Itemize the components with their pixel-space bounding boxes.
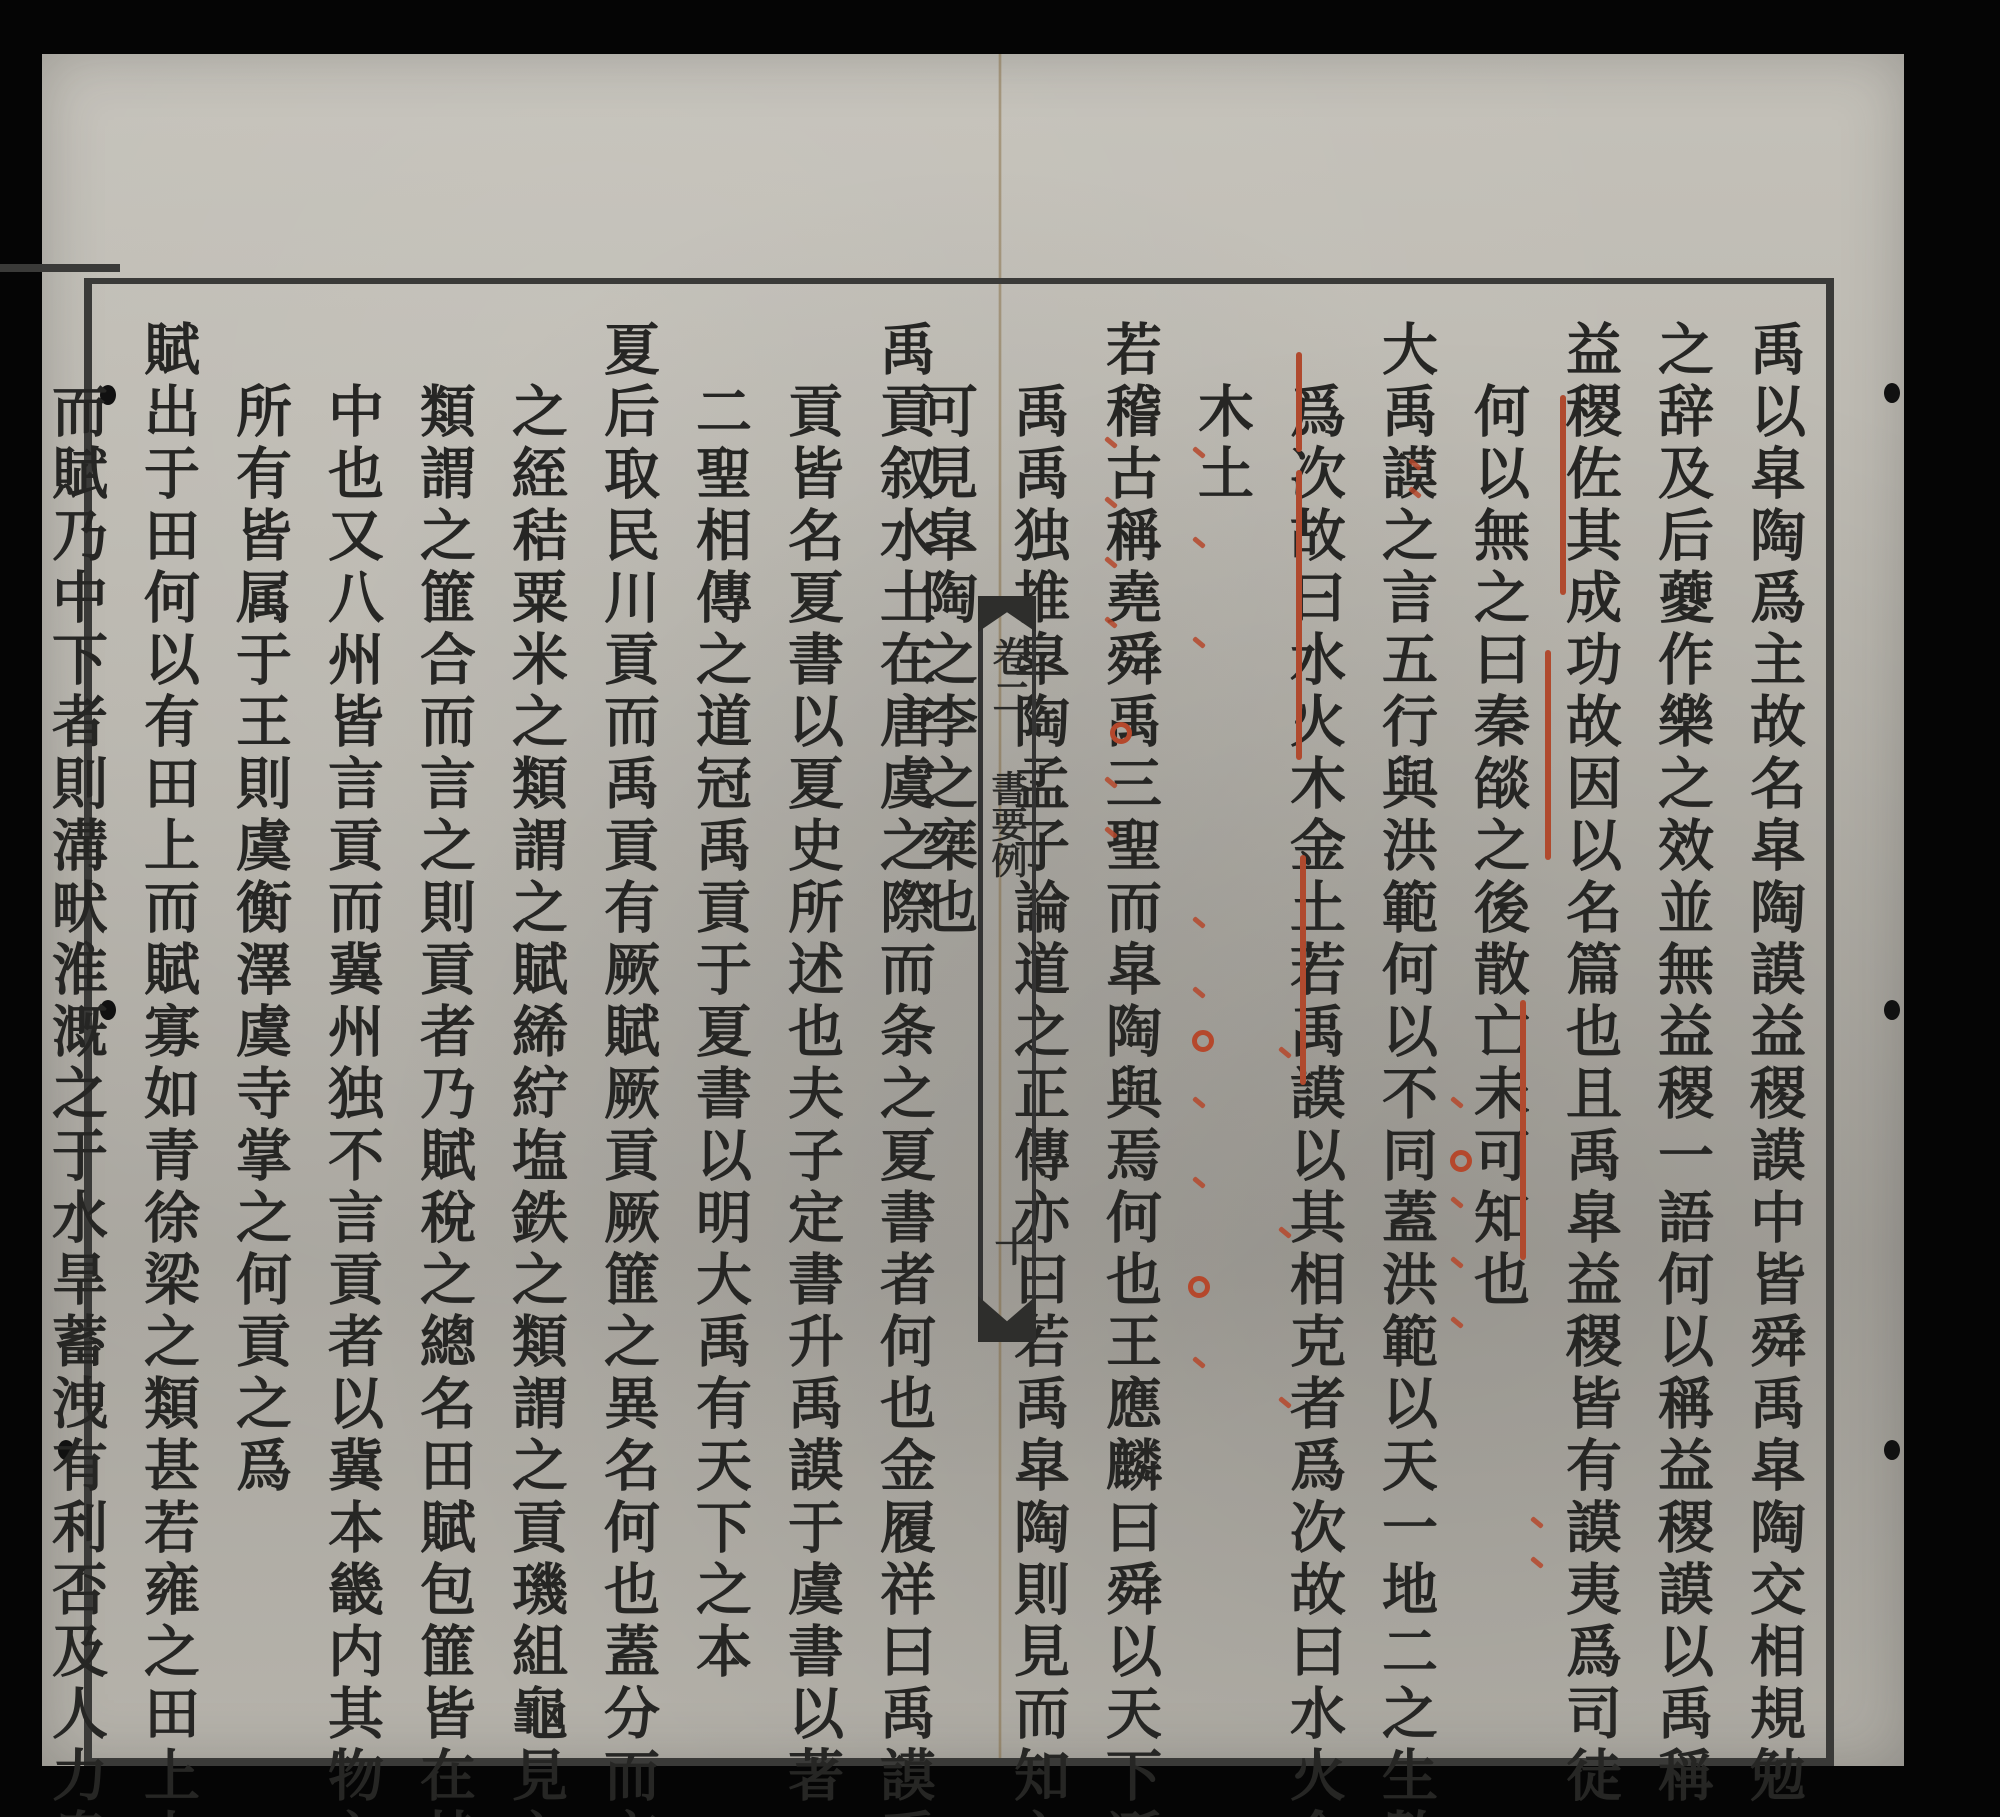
text-column: 夏后取民川貢而禹貢有厥賦厥貢厥篚之異名何也蓋分而言	[582, 320, 674, 1730]
red-annotation-circle	[1110, 722, 1132, 744]
text-column: 大禹謨之言五行與洪範何以不同蓋洪範以天一地二之生數	[1360, 320, 1452, 1730]
red-annotation-bracket	[1300, 855, 1306, 1085]
red-annotation-circle	[1450, 1150, 1472, 1172]
volume-label: 卷二	[984, 636, 1034, 716]
frame-rule-fragment	[0, 264, 120, 272]
text-column: 禹貢叙水土在唐虞之際而条之夏書者何也金履祥曰禹謨禹	[858, 320, 950, 1730]
text-column: 所有皆属于王則虞衡澤虞寺掌之何貢之爲	[214, 320, 306, 1730]
red-annotation-bracket	[1296, 352, 1302, 452]
left-page-text: 禹貢叙水土在唐虞之際而条之夏書者何也金履祥曰禹謨禹 貢皆名夏書以夏史所述也夫子定…	[120, 320, 950, 1730]
text-column: 之辞及后䕫作樂之效並無益稷一語何以稱益稷謨以禹稱	[1636, 320, 1728, 1730]
binding-hole	[1884, 383, 1900, 403]
red-annotation-bracket	[1545, 650, 1551, 860]
text-column: 而賦乃中下者則溝畎淮溉之于水旱蓄洩有利否及人力衆	[30, 320, 122, 1730]
text-column: 二聖相傳之道冠禹貢于夏書以明大禹有天下之本	[674, 320, 766, 1730]
text-column: 中也又八州皆言貢而冀州独不言貢者以冀本畿内其物之	[306, 320, 398, 1730]
red-annotation-bracket	[1296, 470, 1302, 760]
text-column: 禹以皐陶爲主故名皐陶謨益稷謨中皆舜禹皐陶交相規勉	[1728, 320, 1820, 1730]
text-column: 益稷佐其成功故因以名篇也且禹皐益稷皆有謨夷爲司徒	[1544, 320, 1636, 1730]
right-page-text: 禹以皐陶爲主故名皐陶謨益稷謨中皆舜禹皐陶交相規勉 之辞及后䕫作樂之效並無益稷一語…	[1020, 320, 1820, 1730]
red-annotation-circle	[1192, 1030, 1214, 1052]
text-column: 爲次故曰水火木金土若禹謨以其相克者爲次故曰水火金	[1268, 320, 1360, 1730]
binding-hole	[1884, 1000, 1900, 1020]
text-column: 貢皆名夏書以夏史所述也夫子定書升禹謨于虞書以著	[766, 320, 858, 1730]
text-column: 之絰秸粟米之類謂之賦絺紵塩鉄之類謂之貢璣組龜見之	[490, 320, 582, 1730]
red-annotation-circle	[1188, 1276, 1210, 1298]
text-column: 若稽古稱堯舜禹三聖而皐陶與焉何也王應麟曰舜以天下遜	[1084, 320, 1176, 1730]
text-column: 賦出于田何以有田上而賦寡如青徐梁之類甚若雍之田上上	[122, 320, 214, 1730]
red-annotation-bracket	[1520, 1000, 1526, 1260]
section-label: 書要例	[984, 770, 1030, 878]
page-number: 十	[986, 1226, 1036, 1266]
binding-hole	[1884, 1440, 1900, 1460]
text-column: 木土	[1176, 320, 1268, 1730]
text-column: 類謂之篚合而言之則貢者乃賦稅之總名田賦包篚皆在其	[398, 320, 490, 1730]
red-annotation-bracket	[1560, 395, 1566, 595]
